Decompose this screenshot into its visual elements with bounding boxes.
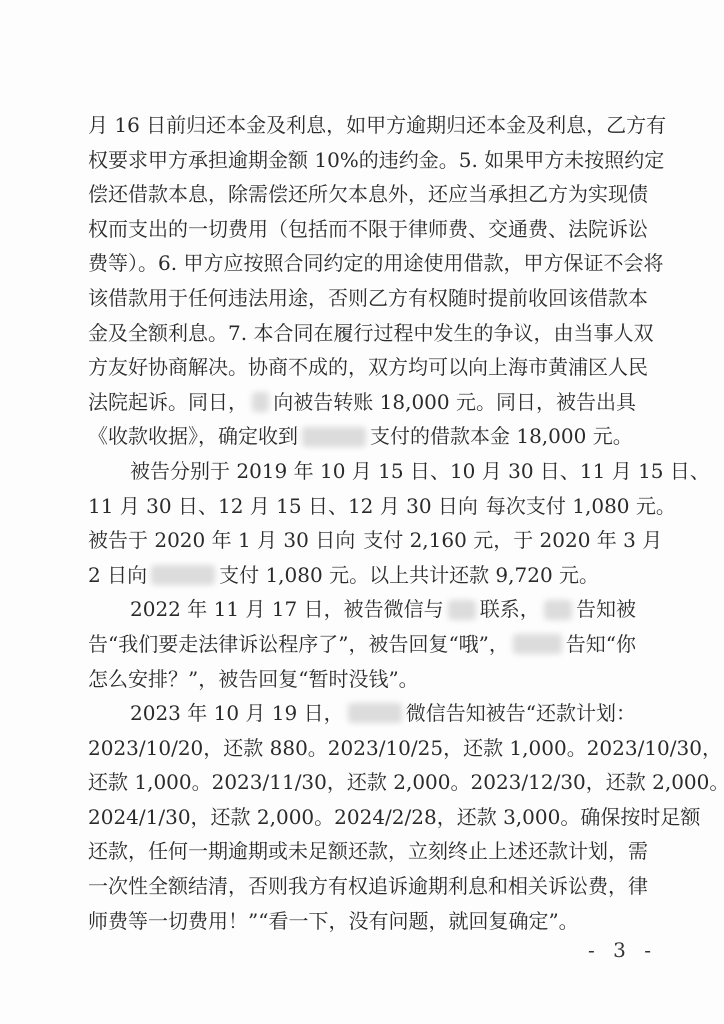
text-line: 还款，任何一期逾期或未足额还款，立刻终止上述还款计划，需 — [88, 834, 636, 869]
text-segment: 2023 年 10 月 19 日， — [130, 696, 344, 731]
text-line: 还款 1,000。2023/11/30，还款 2,000。2023/12/30，… — [88, 765, 636, 800]
paragraph-start-line: 2023 年 10 月 19 日， 微信告知被告“还款计划： — [88, 696, 636, 731]
text-line: 月 16 日前归还本金及利息，如甲方逾期归还本金及利息，乙方有 — [88, 108, 636, 143]
redacted-name-box — [348, 703, 402, 723]
text-line: 2024/1/30，还款 2,000。2024/2/28，还款 3,000。确保… — [88, 800, 636, 835]
text-segment: 2023/10/20，还款 880。2023/10/25，还款 1,000。20… — [88, 731, 722, 766]
text-segment: 一次性全额结清，否则我方有权追诉逾期利息和相关诉讼费，律 — [88, 869, 648, 904]
text-segment: 金及全额利息。7. 本合同在履行过程中发生的争议，由当事人双 — [88, 316, 653, 351]
text-segment: 师费等一切费用！”“看一下，没有问题，就回复确定”。 — [88, 904, 579, 939]
redacted-name-box — [252, 392, 269, 412]
text-line: 2 日向 支付 1,080 元。以上共计还款 9,720 元。 — [88, 558, 636, 593]
text-line: 费等）。6. 甲方应按照合同约定的用途使用借款，甲方保证不会将 — [88, 246, 636, 281]
text-segment: 2 日向 — [88, 558, 147, 593]
text-segment: 该借款用于任何违法用途，否则乙方有权随时提前收回该借款本 — [88, 281, 648, 316]
text-segment: 向被告转账 18,000 元。同日，被告出具 — [273, 385, 636, 420]
text-segment: 《收款收据》，确定收到 — [88, 419, 298, 454]
redacted-name-box — [448, 600, 476, 620]
redacted-name-box — [151, 565, 215, 585]
text-segment: 法院起诉。同日， — [88, 385, 248, 420]
text-segment: 偿还借款本息，除需偿还所欠本息外，还应当承担乙方为实现债 — [88, 177, 648, 212]
text-segment: 支付的借款本金 18,000 元。 — [370, 419, 633, 454]
text-segment: 还款 1,000。2023/11/30，还款 2,000。2023/12/30，… — [88, 765, 724, 800]
document-page: 月 16 日前归还本金及利息，如甲方逾期归还本金及利息，乙方有 权要求甲方承担逾… — [0, 0, 724, 1024]
text-segment: 联系， — [480, 592, 540, 627]
paragraph-start-line: 被告分别于 2019 年 10 月 15 日、10 月 30 日、11 月 15… — [88, 454, 636, 489]
text-segment: 怎么安排？”，被告回复“暂时没钱”。 — [88, 662, 419, 697]
text-line: 师费等一切费用！”“看一下，没有问题，就回复确定”。 — [88, 904, 636, 939]
text-segment: 告“我们要走法律诉讼程序了”，被告回复“哦”， — [88, 627, 509, 662]
text-segment: 每次支付 1,080 元。 — [486, 489, 676, 524]
text-segment: 微信告知被告“还款计划： — [406, 696, 636, 731]
text-line: 告“我们要走法律诉讼程序了”，被告回复“哦”， 告知“你 — [88, 627, 636, 662]
text-line: 权而支出的一切费用（包括而不限于律师费、交通费、法院诉讼 — [88, 212, 636, 247]
text-line: 方友好协商解决。协商不成的，双方均可以向上海市黄浦区人民 — [88, 350, 636, 385]
text-line: 金及全额利息。7. 本合同在履行过程中发生的争议，由当事人双 — [88, 316, 636, 351]
text-line: 偿还借款本息，除需偿还所欠本息外，还应当承担乙方为实现债 — [88, 177, 636, 212]
text-line: 该借款用于任何违法用途，否则乙方有权随时提前收回该借款本 — [88, 281, 636, 316]
text-line: 2023/10/20，还款 880。2023/10/25，还款 1,000。20… — [88, 731, 636, 766]
text-segment: 告知被 — [576, 592, 636, 627]
text-segment: 权要求甲方承担逾期金额 10%的违约金。5. 如果甲方未按照约定 — [88, 143, 664, 178]
text-line: 《收款收据》，确定收到 支付的借款本金 18,000 元。 — [88, 419, 636, 454]
text-line: 权要求甲方承担逾期金额 10%的违约金。5. 如果甲方未按照约定 — [88, 143, 636, 178]
page-number: - 3 - — [588, 938, 657, 962]
text-line: 被告于 2020 年 1 月 30 日向 支付 2,160 元，于 2020 年… — [88, 523, 636, 558]
redacted-name-box — [544, 600, 572, 620]
text-segment: 支付 2,160 元，于 2020 年 3 月 — [363, 523, 662, 558]
text-segment: 费等）。6. 甲方应按照合同约定的用途使用借款，甲方保证不会将 — [88, 246, 663, 281]
text-line: 法院起诉。同日， 向被告转账 18,000 元。同日，被告出具 — [88, 385, 636, 420]
text-segment: 11 月 30 日、12 月 15 日、12 月 30 日向 — [88, 489, 478, 524]
text-segment: 2024/1/30，还款 2,000。2024/2/28，还款 3,000。确保… — [88, 800, 700, 835]
redacted-name-box — [302, 427, 366, 447]
document-body: 月 16 日前归还本金及利息，如甲方逾期归还本金及利息，乙方有 权要求甲方承担逾… — [88, 108, 636, 938]
text-line: 一次性全额结清，否则我方有权追诉逾期利息和相关诉讼费，律 — [88, 869, 636, 904]
text-line: 怎么安排？”，被告回复“暂时没钱”。 — [88, 662, 636, 697]
paragraph-start-line: 2022 年 11 月 17 日，被告微信与 联系， 告知被 — [88, 592, 636, 627]
text-line: 11 月 30 日、12 月 15 日、12 月 30 日向 每次支付 1,08… — [88, 489, 636, 524]
text-segment: 被告于 2020 年 1 月 30 日向 — [88, 523, 355, 558]
text-segment: 权而支出的一切费用（包括而不限于律师费、交通费、法院诉讼 — [88, 212, 648, 247]
text-segment: 告知“你 — [566, 627, 636, 662]
text-segment: 方友好协商解决。协商不成的，双方均可以向上海市黄浦区人民 — [88, 350, 648, 385]
text-segment: 2022 年 11 月 17 日，被告微信与 — [130, 592, 444, 627]
redacted-name-box — [513, 634, 562, 654]
text-segment: 还款，任何一期逾期或未足额还款，立刻终止上述还款计划，需 — [88, 834, 648, 869]
text-segment: 被告分别于 2019 年 10 月 15 日、10 月 30 日、11 月 15… — [130, 454, 710, 489]
text-segment: 支付 1,080 元。以上共计还款 9,720 元。 — [219, 558, 599, 593]
text-segment: 月 16 日前归还本金及利息，如甲方逾期归还本金及利息，乙方有 — [88, 108, 666, 143]
